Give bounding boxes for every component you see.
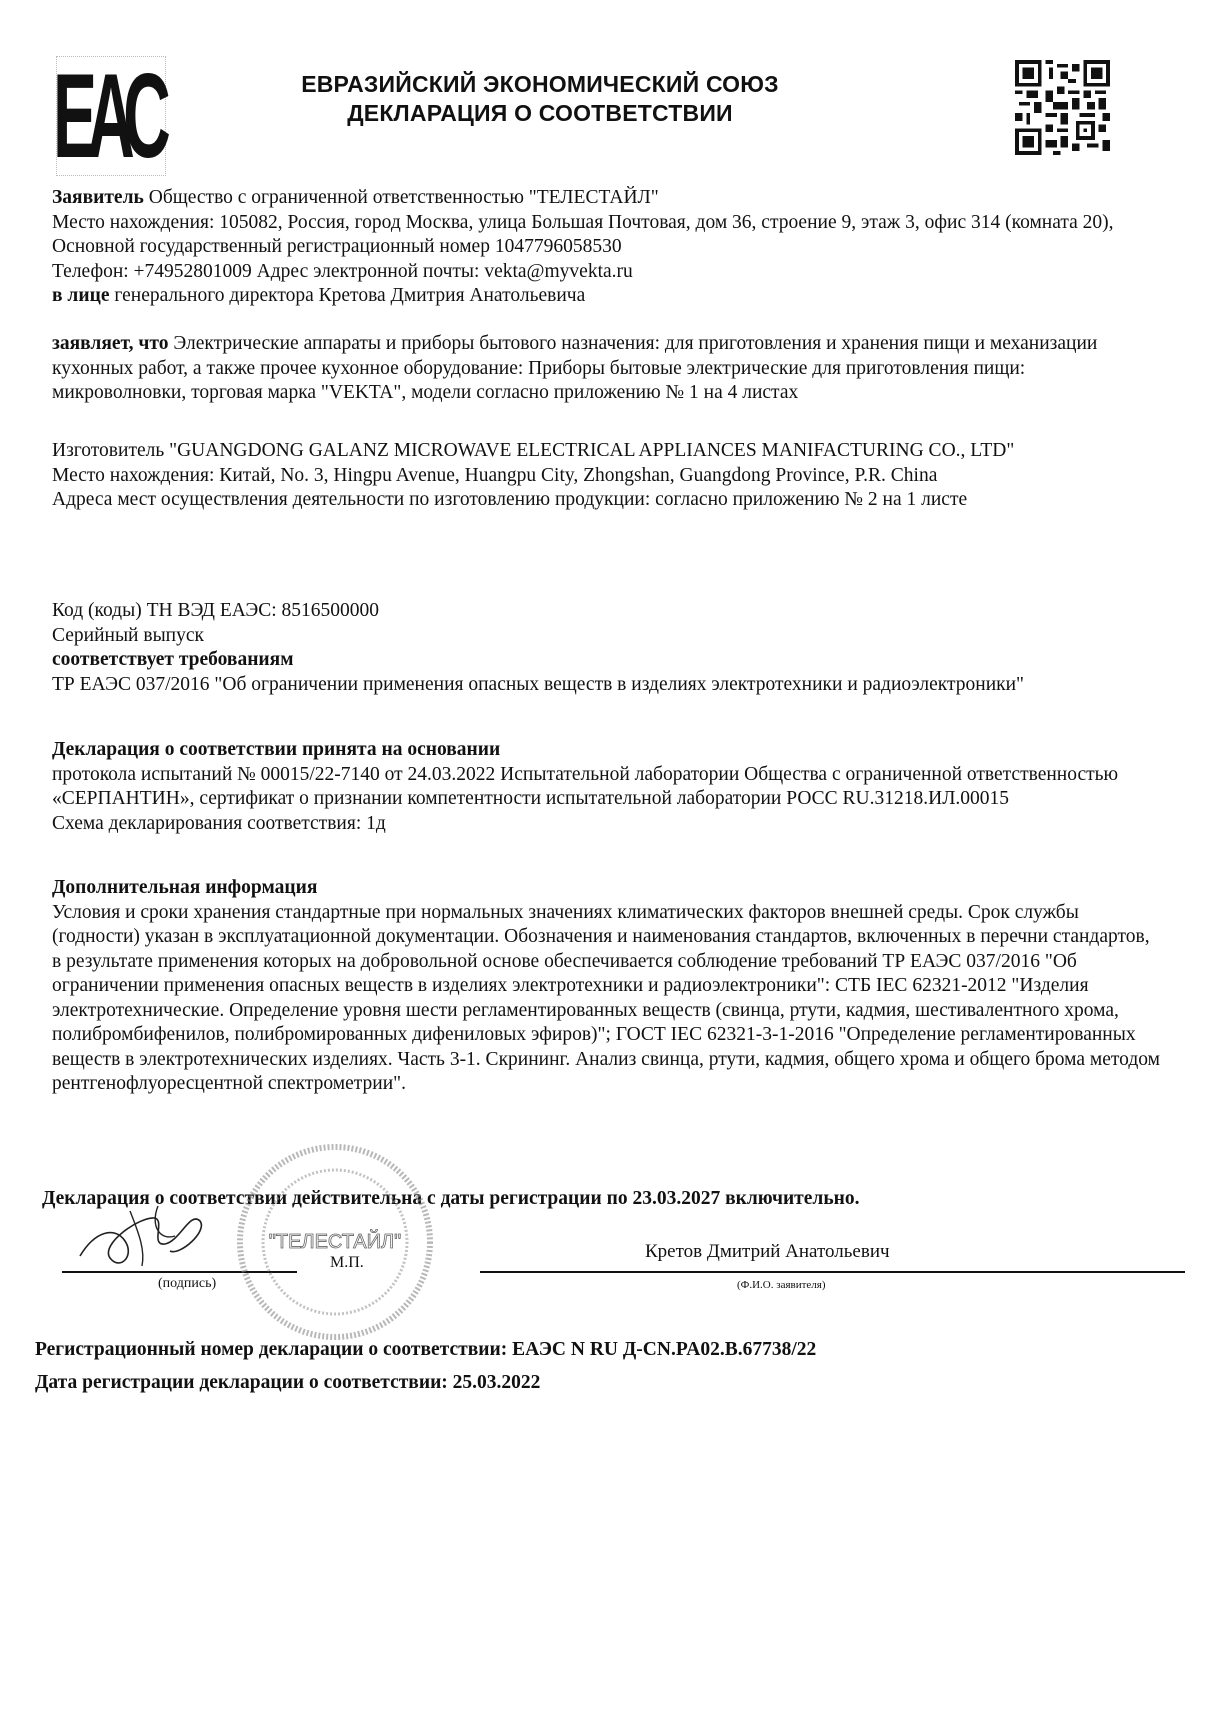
hs-code: Код (коды) ТН ВЭД ЕАЭС: 8516500000 [52,599,1162,624]
title-declaration: ДЕКЛАРАЦИЯ О СООТВЕТСТВИИ [240,99,840,128]
applicant-section: Заявитель Общество с ограниченной ответс… [52,186,1162,309]
manufacturer-address: Место нахождения: Китай, No. 3, Hingpu A… [52,464,1162,489]
declaration-scheme: Схема декларирования соответствия: 1д [52,812,1162,837]
qr-code-icon [1015,60,1110,155]
registration-number: Регистрационный номер декларации о соотв… [35,1333,816,1366]
company-stamp-icon: "ТЕЛЕСТАЙЛ" [235,1140,435,1345]
manufacturer-section: Изготовитель "GUANGDONG GALANZ MICROWAVE… [52,439,1162,513]
represented-by: генерального директора Кретова Дмитрия А… [109,285,585,306]
registration-date: Дата регистрации декларации о соответств… [35,1366,816,1399]
basis-label: Декларация о соответствии принята на осн… [52,738,1162,763]
manufacturer-name: Изготовитель "GUANGDONG GALANZ MICROWAVE… [52,439,1162,464]
declares-label: заявляет, что [52,333,169,354]
compliance-text: ТР ЕАЭС 037/2016 "Об ограничении примене… [52,673,1162,698]
declares-section: заявляет, что Электрические аппараты и п… [52,332,1162,406]
declares-text: Электрические аппараты и приборы бытовог… [52,333,1097,403]
signer-name-line [480,1271,1185,1273]
product-section: Код (коды) ТН ВЭД ЕАЭС: 8516500000 Серий… [52,599,1162,697]
basis-section: Декларация о соответствии принята на осн… [52,738,1162,836]
applicant-label: Заявитель [52,187,144,208]
eac-logo-letter-a: А [103,65,120,167]
stamp-place-mark: М.П. [330,1254,364,1272]
stamp-company-name: "ТЕЛЕСТАЙЛ" [269,1229,401,1253]
additional-info-section: Дополнительная информация Условия и срок… [52,876,1162,1097]
registration-section: Регистрационный номер декларации о соотв… [35,1333,816,1399]
title-union: ЕВРАЗИЙСКИЙ ЭКОНОМИЧЕСКИЙ СОЮЗ [240,70,840,99]
signer-caption: (Ф.И.О. заявителя) [737,1279,826,1291]
basis-text: протокола испытаний № 00015/22-7140 от 2… [52,763,1162,812]
eac-logo: Е А С [56,56,166,176]
represented-label: в лице [52,285,109,306]
applicant-address: Место нахождения: 105082, Россия, город … [52,211,1162,260]
signature-caption: (подпись) [158,1276,216,1292]
applicant-name: Общество с ограниченной ответственностью… [144,187,659,208]
production-sites: Адреса мест осуществления деятельности п… [52,488,1162,513]
signer-name: Кретов Дмитрий Анатольевич [645,1241,890,1263]
document-title: ЕВРАЗИЙСКИЙ ЭКОНОМИЧЕСКИЙ СОЮЗ ДЕКЛАРАЦИ… [240,70,840,128]
applicant-contacts: Телефон: +74952801009 Адрес электронной … [52,260,1162,285]
compliance-label: соответствует требованиям [52,648,1162,673]
additional-info-text: Условия и сроки хранения стандартные при… [52,901,1162,1097]
signature-scribble-icon [70,1196,220,1276]
eac-logo-letter-e: Е [67,65,84,167]
additional-info-label: Дополнительная информация [52,876,1162,901]
production-type: Серийный выпуск [52,624,1162,649]
eac-logo-letter-c: С [139,65,156,167]
